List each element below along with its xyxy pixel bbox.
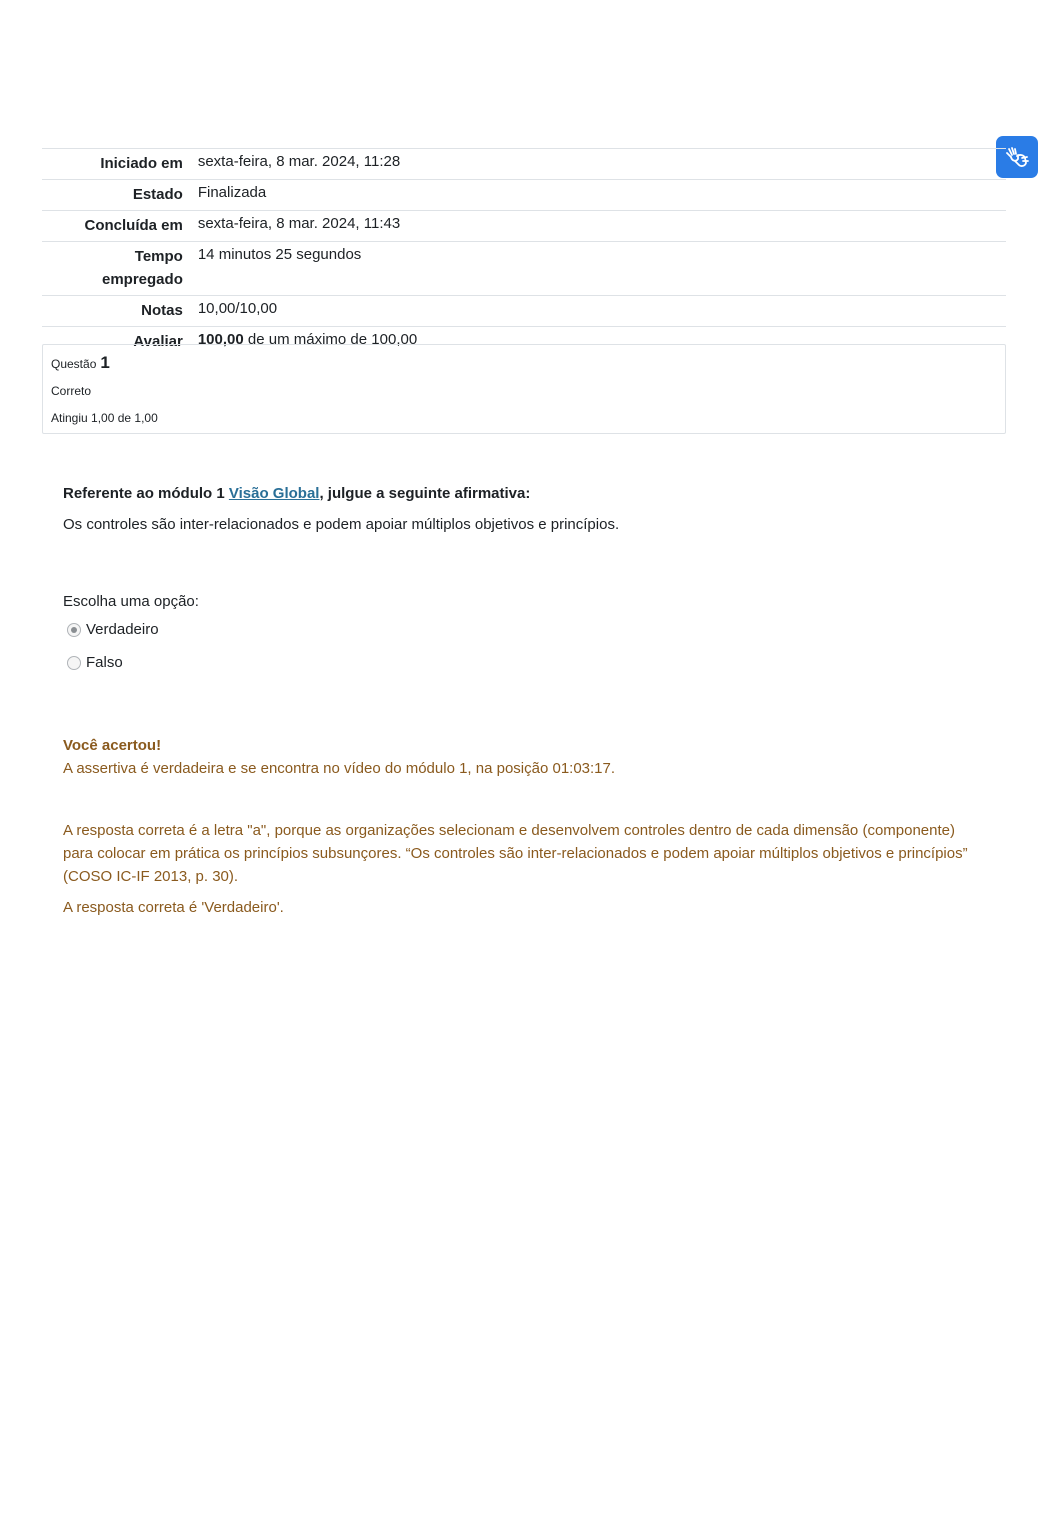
question-number: Questão 1 bbox=[51, 353, 997, 375]
summary-value: sexta-feira, 8 mar. 2024, 11:43 bbox=[198, 211, 1006, 242]
option-false[interactable]: Falso bbox=[67, 653, 123, 673]
summary-label: Iniciado em bbox=[42, 149, 198, 180]
question-text: Referente ao módulo 1 Visão Global, julg… bbox=[63, 484, 983, 535]
summary-row-time-taken: Tempo empregado 14 minutos 25 segundos bbox=[42, 242, 1006, 296]
question-state: Correto bbox=[51, 380, 997, 402]
question-number-value: 1 bbox=[100, 353, 109, 373]
summary-label: Notas bbox=[42, 296, 198, 327]
feedback-text: A assertiva é verdadeira e se encontra n… bbox=[63, 757, 983, 780]
option-label: Falso bbox=[86, 653, 123, 673]
question-heading: Referente ao módulo 1 Visão Global, julg… bbox=[63, 484, 983, 504]
sign-language-hands-icon bbox=[1004, 144, 1030, 170]
summary-row-state: Estado Finalizada bbox=[42, 180, 1006, 211]
radio-unchecked-icon[interactable] bbox=[67, 656, 81, 670]
summary-value: 10,00/10,00 bbox=[198, 296, 1006, 327]
feedback-explanation: A resposta correta é a letra "a", porque… bbox=[63, 819, 983, 888]
question-heading-prefix: Referente ao módulo 1 bbox=[63, 485, 229, 502]
option-true[interactable]: Verdadeiro bbox=[67, 620, 159, 640]
summary-label: Estado bbox=[42, 180, 198, 211]
summary-label: Concluída em bbox=[42, 211, 198, 242]
right-answer: A resposta correta é 'Verdadeiro'. bbox=[63, 896, 983, 919]
attempt-summary-table: Iniciado em sexta-feira, 8 mar. 2024, 11… bbox=[42, 148, 1006, 357]
summary-row-completed: Concluída em sexta-feira, 8 mar. 2024, 1… bbox=[42, 211, 1006, 242]
module-link[interactable]: Visão Global bbox=[229, 485, 320, 502]
summary-label: Tempo empregado bbox=[42, 242, 198, 296]
summary-row-started: Iniciado em sexta-feira, 8 mar. 2024, 11… bbox=[42, 149, 1006, 180]
specific-feedback: Você acertou! A assertiva é verdadeira e… bbox=[63, 734, 983, 780]
question-label: Questão bbox=[51, 357, 96, 371]
summary-value: sexta-feira, 8 mar. 2024, 11:28 bbox=[198, 149, 1006, 180]
summary-row-marks: Notas 10,00/10,00 bbox=[42, 296, 1006, 327]
option-label: Verdadeiro bbox=[86, 620, 159, 640]
answer-prompt: Escolha uma opção: bbox=[63, 592, 199, 612]
question-heading-suffix: , julgue a seguinte afirmativa: bbox=[319, 485, 530, 502]
question-info-box: Questão 1 Correto Atingiu 1,00 de 1,00 bbox=[42, 344, 1006, 434]
radio-checked-icon[interactable] bbox=[67, 623, 81, 637]
feedback-title: Você acertou! bbox=[63, 734, 983, 757]
right-answer-text: A resposta correta é 'Verdadeiro'. bbox=[63, 896, 983, 919]
question-grade: Atingiu 1,00 de 1,00 bbox=[51, 407, 997, 429]
question-statement: Os controles são inter-relacionados e po… bbox=[63, 515, 983, 535]
summary-value: 14 minutos 25 segundos bbox=[198, 242, 1006, 296]
summary-value: Finalizada bbox=[198, 180, 1006, 211]
general-feedback: A resposta correta é a letra "a", porque… bbox=[63, 819, 983, 888]
